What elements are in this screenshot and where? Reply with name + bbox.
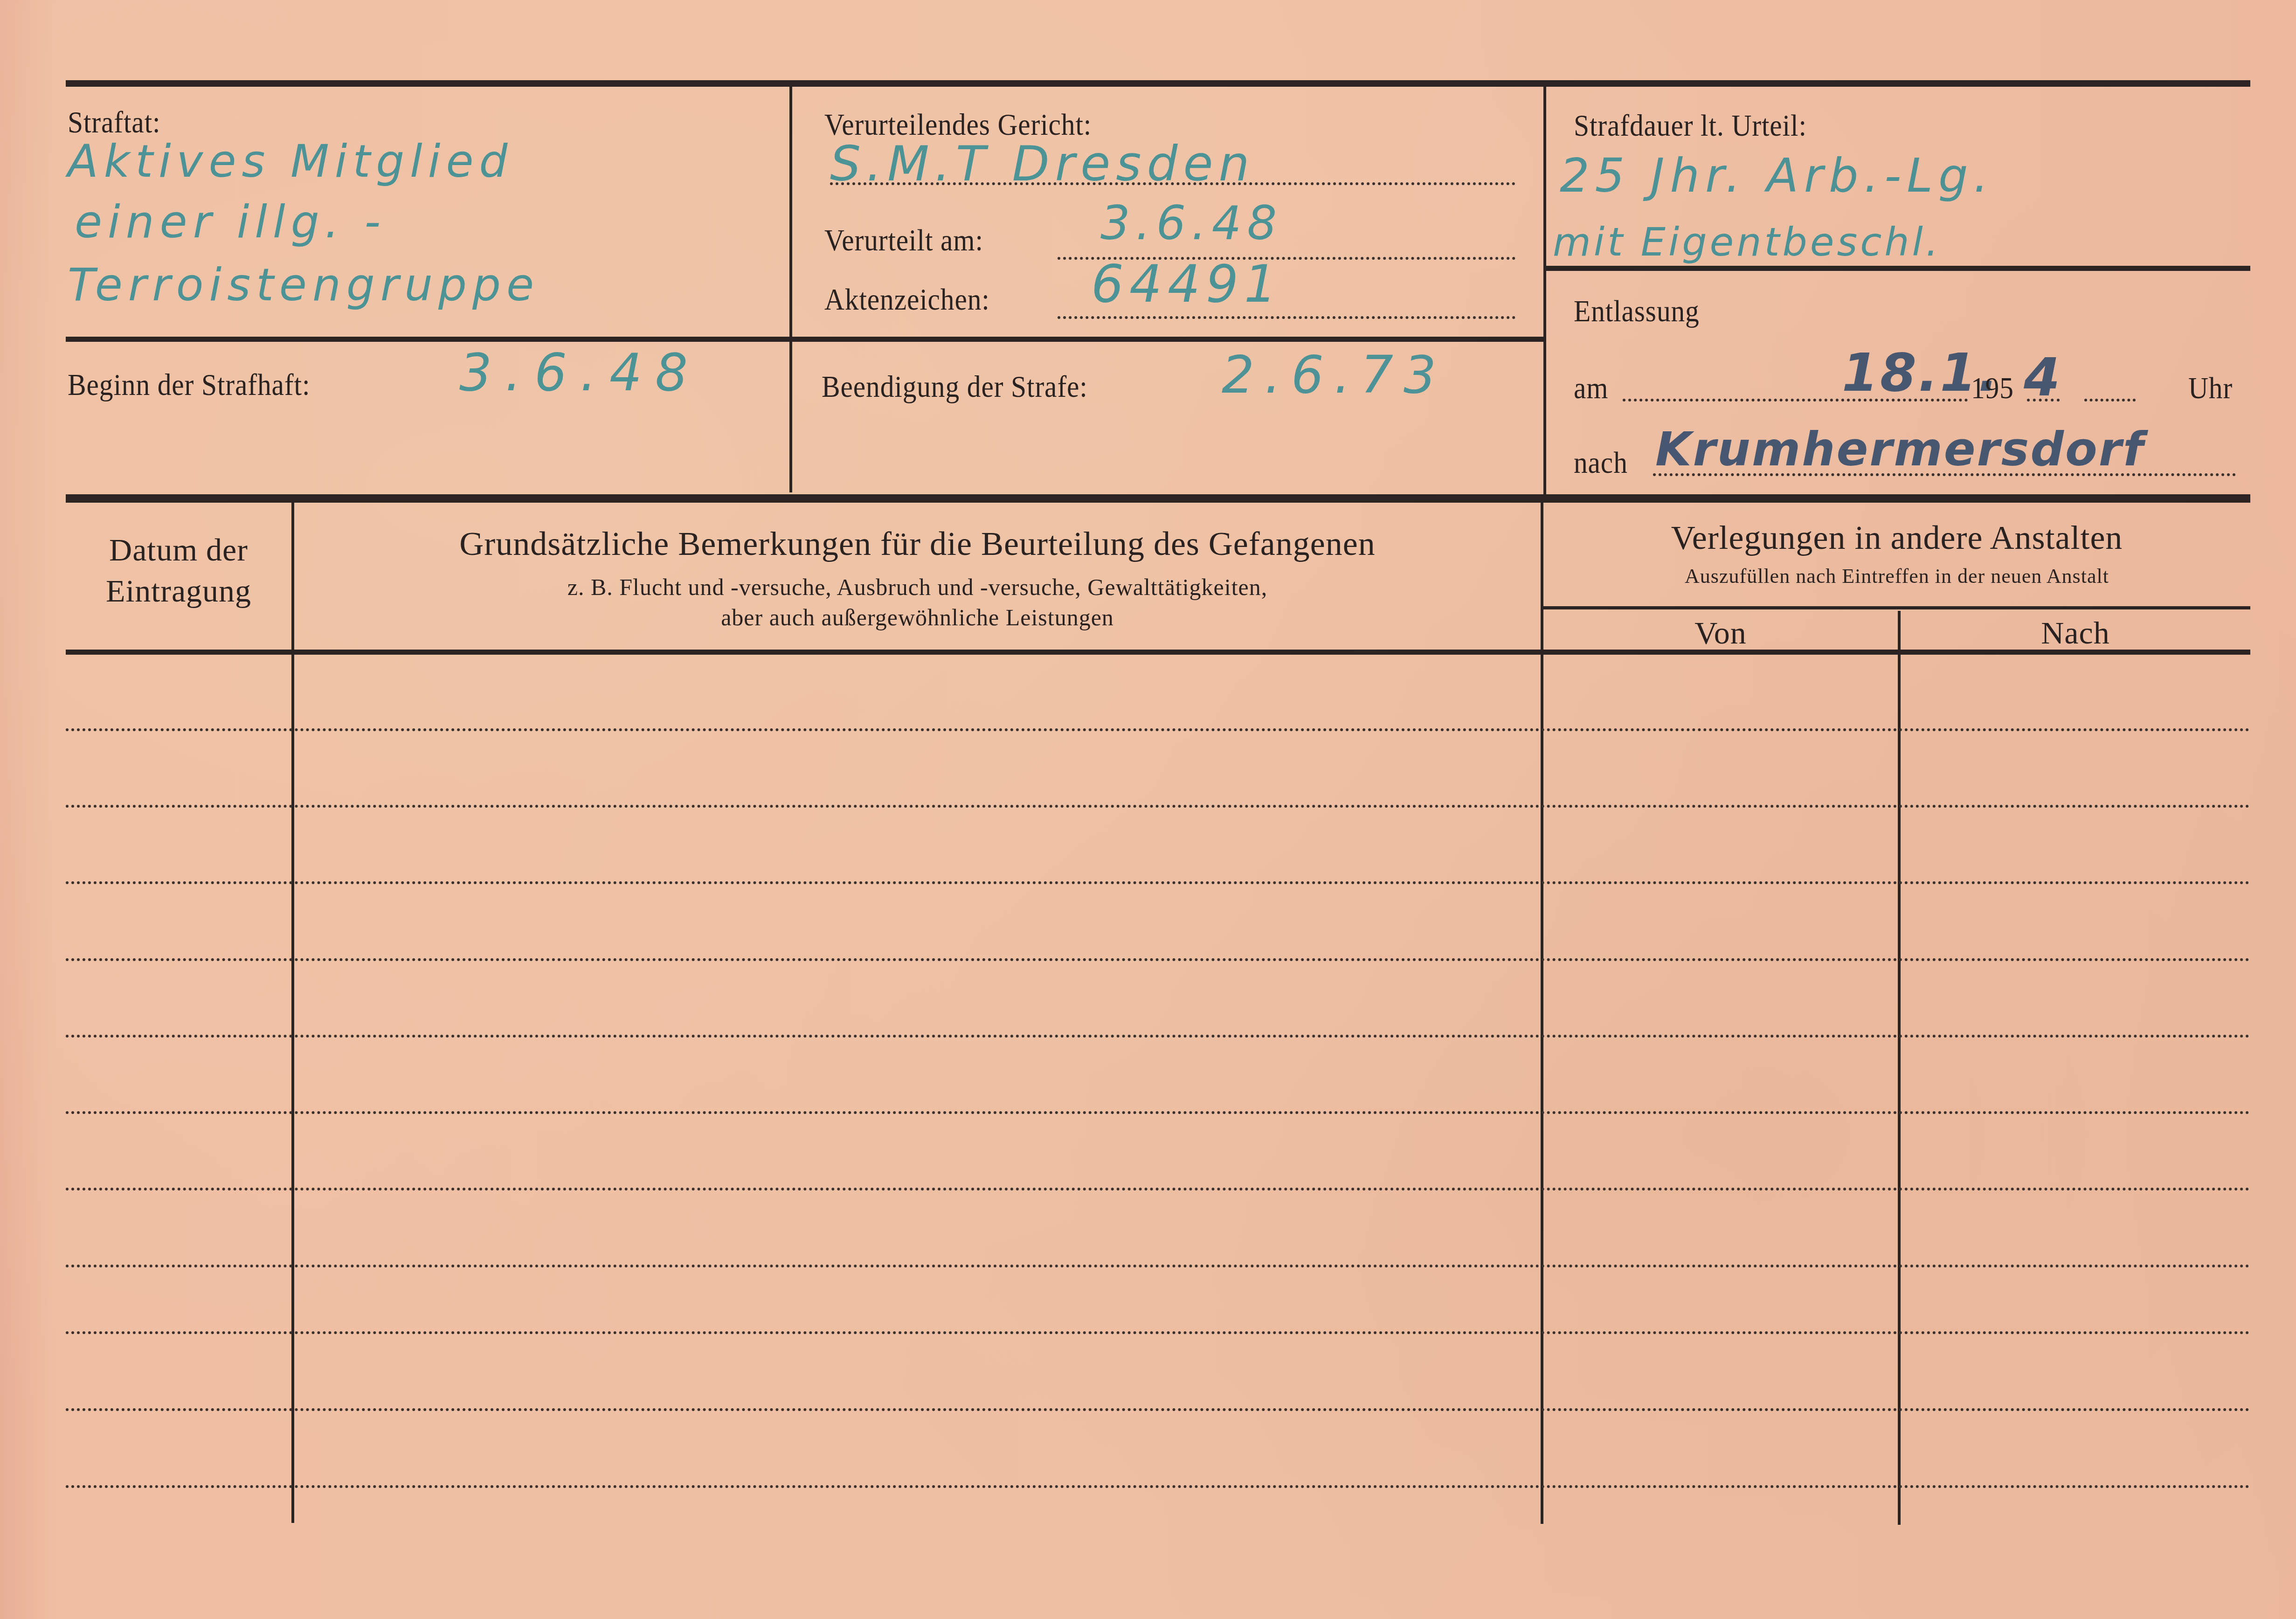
rule-verlegungen-subheader	[1542, 606, 2250, 609]
aktenzeichen-value: 64491	[1091, 254, 1282, 314]
table-row[interactable]	[66, 881, 2250, 884]
col-bemerkungen-sub2: aber auch außergewöhnliche Leistungen	[294, 604, 1541, 631]
strafdauer-label: Strafdauer lt. Urteil:	[1574, 108, 1807, 144]
verurteilt-am-value: 3.6.48	[1100, 196, 1282, 250]
entlassung-am-label: am	[1574, 371, 1608, 406]
beendigung-label: Beendigung der Strafe:	[822, 369, 1088, 405]
straftat-value-line1: Aktives Mitglied	[68, 135, 513, 187]
entlassung-nach-label: nach	[1574, 445, 1628, 481]
entlassung-uhr-label: Uhr	[2188, 371, 2233, 406]
table-row[interactable]	[66, 1485, 2250, 1488]
col-verlegungen-title: Verlegungen in andere Anstalten	[1543, 519, 2250, 557]
beginn-value: 3.6.48	[459, 343, 701, 402]
strafdauer-value-line1: 25 Jhr. Arb.-Lg.	[1560, 148, 1994, 203]
beginn-label: Beginn der Strafhaft:	[68, 367, 310, 403]
rule-under-straftat-gericht	[66, 337, 1545, 342]
aktenzeichen-label: Aktenzeichen:	[824, 282, 990, 318]
divider-col2-top	[1543, 87, 1546, 497]
col-nach-header: Nach	[1901, 615, 2250, 651]
table-row[interactable]	[66, 1408, 2250, 1411]
table-row[interactable]	[66, 958, 2250, 961]
strafdauer-value-line2: mit Eigentbeschl.	[1553, 219, 1941, 265]
straftat-value-line2: einer illg. -	[75, 196, 386, 248]
straftat-value-line3: Terroistengruppe	[68, 259, 539, 311]
table-row[interactable]	[66, 1331, 2250, 1334]
col-bemerkungen-title: Grundsätzliche Bemerkungen für die Beurt…	[294, 525, 1541, 563]
table-row[interactable]	[66, 728, 2250, 731]
rule-under-strafdauer	[1546, 266, 2250, 271]
entlassung-year-digit: 4	[2024, 347, 2066, 408]
table-divider-datum	[291, 502, 294, 1523]
table-row[interactable]	[66, 1111, 2250, 1114]
entlassung-uhr-dotted-line	[2084, 399, 2136, 401]
entlassung-nach-value: Krumhermersdorf	[1655, 422, 2145, 477]
table-row[interactable]	[66, 805, 2250, 808]
mid-rule	[66, 494, 2250, 503]
table-row[interactable]	[66, 1188, 2250, 1190]
col-datum-header-line2: Eintragung	[66, 573, 291, 609]
table-row[interactable]	[66, 1035, 2250, 1038]
aktenzeichen-dotted-line	[1058, 316, 1515, 319]
divider-col1-top	[789, 87, 792, 492]
table-row[interactable]	[66, 1265, 2250, 1267]
entlassung-year-prefix: 195	[1971, 371, 2014, 406]
col-von-header: Von	[1543, 615, 1898, 651]
verurteilt-am-label: Verurteilt am:	[824, 223, 983, 258]
table-divider-von-nach	[1898, 611, 1901, 1525]
table-divider-bemerkungen	[1541, 502, 1543, 1524]
col-verlegungen-subtitle: Auszufüllen nach Eintreffen in der neuen…	[1543, 564, 2250, 588]
col-bemerkungen-sub1: z. B. Flucht und -versuche, Ausbruch und…	[294, 574, 1541, 601]
entlassung-label: Entlassung	[1574, 294, 1700, 329]
top-rule	[66, 80, 2250, 87]
col-datum-header-line1: Datum der	[66, 532, 291, 568]
beendigung-value: 2.6.73	[1222, 345, 1446, 405]
gericht-dotted-line	[830, 182, 1515, 185]
